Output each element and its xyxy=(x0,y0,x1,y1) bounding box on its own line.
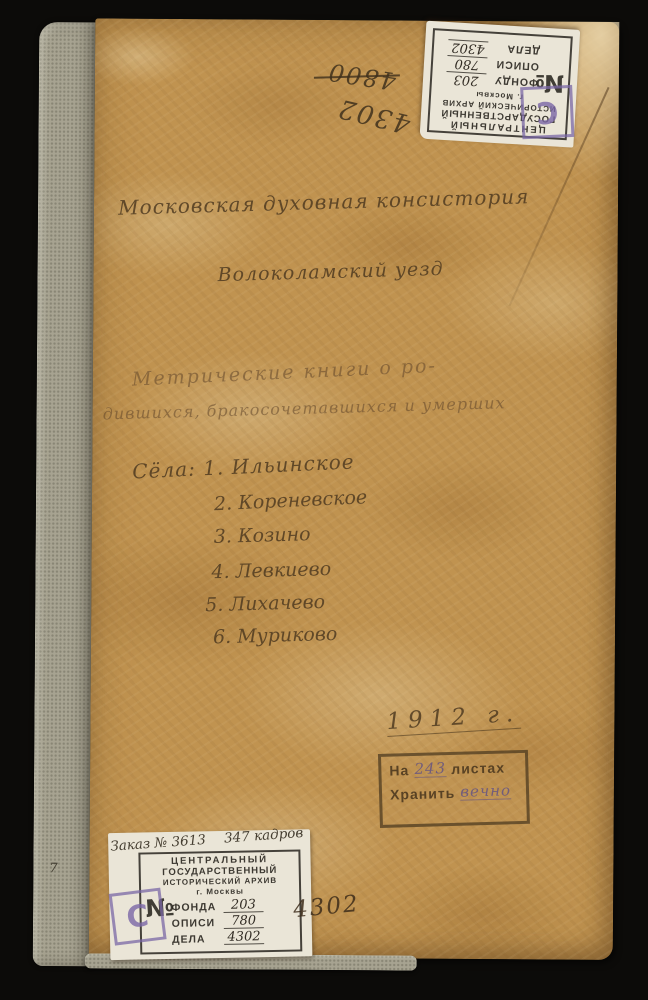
archive-fields-top: ФОНДУ 203 ОПИСИ 780 ДЕЛА 4302 xyxy=(434,38,541,90)
keep-row: Хранить вечно xyxy=(390,783,520,803)
archive-fields-bottom: ФОНДА 203 ОПИСИ 780 ДЕЛА 4302 xyxy=(171,898,298,946)
opis-label: ОПИСИ xyxy=(487,57,540,72)
opis-value: 780 xyxy=(224,914,264,929)
delo-row: ДЕЛА 4302 xyxy=(172,930,298,946)
village-item: 5. Лихачево xyxy=(205,591,325,616)
delo-value: 4302 xyxy=(448,39,489,55)
village-item: 3. Козино xyxy=(213,523,310,548)
number-sign: № xyxy=(535,69,564,97)
sheets-count-stamp: На 243 листах Хранить вечно xyxy=(378,750,530,828)
keep-value-handwritten: вечно xyxy=(460,783,511,800)
sheets-row: На 243 листах xyxy=(389,759,519,779)
delo-value: 4302 xyxy=(224,930,264,945)
photo-background: 7 ЦЕНТРАЛЬНЫЙ ГОСУДАРСТВЕННЫЙ ИСТОРИЧЕСК… xyxy=(0,0,648,1000)
archive-stamp-frame-bottom: ЦЕНТРАЛЬНЫЙ ГОСУДАРСТВЕННЫЙ ИСТОРИЧЕСКИЙ… xyxy=(138,849,302,954)
delo-label: ДЕЛА xyxy=(488,41,541,56)
fond-value: 203 xyxy=(223,898,263,913)
delo-label: ДЕЛА xyxy=(172,933,224,946)
fond-label: ФОНДА xyxy=(171,901,223,914)
sheets-suffix: листах xyxy=(451,759,505,776)
archive-name-bottom: ЦЕНТРАЛЬНЫЙ ГОСУДАРСТВЕННЫЙ ИСТОРИЧЕСКИЙ… xyxy=(140,853,299,897)
keep-label: Хранить xyxy=(390,785,456,803)
archival-file-cover: 7 ЦЕНТРАЛЬНЫЙ ГОСУДАРСТВЕННЫЙ ИСТОРИЧЕСК… xyxy=(33,16,622,972)
archive-label-top: ЦЕНТРАЛЬНЫЙ ГОСУДАРСТВЕННЫЙ ИСТОРИЧЕСКИЙ… xyxy=(420,21,581,148)
village-item: 4. Левкиево xyxy=(211,558,331,583)
village-item: 6. Муриково xyxy=(213,623,338,648)
sheets-number-handwritten: 243 xyxy=(414,761,446,778)
archive-label-bottom: Заказ № 3613 347 кадров ЦЕНТРАЛЬНЫЙ ГОСУ… xyxy=(108,829,312,960)
opis-value: 780 xyxy=(447,55,488,71)
opis-row: ОПИСИ 780 xyxy=(172,914,298,930)
opis-label: ОПИСИ xyxy=(172,917,224,930)
fond-label: ФОНДУ xyxy=(486,73,539,88)
fond-row: ФОНДА 203 xyxy=(171,898,297,914)
fond-value: 203 xyxy=(446,71,487,87)
archive-stamp-frame-top: ЦЕНТРАЛЬНЫЙ ГОСУДАРСТВЕННЫЙ ИСТОРИЧЕСКИЙ… xyxy=(427,28,573,140)
spine-pencil-mark: 7 xyxy=(49,861,57,876)
sheets-prefix: На xyxy=(389,762,409,779)
